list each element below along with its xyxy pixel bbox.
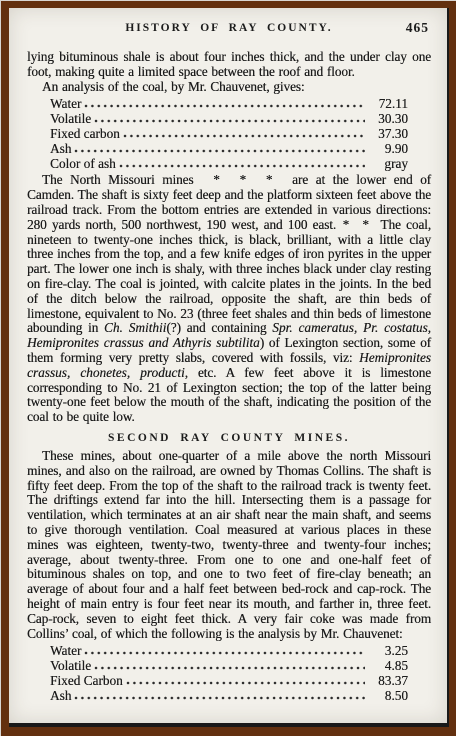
- analysis-label: Water: [50, 96, 81, 111]
- dotted-leader: [94, 658, 365, 673]
- analysis-row: Volatile4.85: [50, 658, 431, 673]
- body-paragraph-continuation: lying bituminous shale is about four inc…: [27, 50, 431, 80]
- scanned-book-page: HISTORY OF RAY COUNTY. 465 lying bitumin…: [9, 8, 449, 727]
- analysis-value: 3.25: [368, 643, 408, 658]
- analysis-row: Fixed carbon37.30: [50, 126, 431, 141]
- body-paragraph-north-missouri-mines: The North Missouri mines * * * are at th…: [27, 173, 431, 425]
- analysis-label: Volatile: [50, 658, 91, 673]
- analysis-label: Water: [50, 643, 81, 658]
- analysis-row: Ash8.50: [50, 688, 431, 703]
- page-number: 465: [406, 20, 429, 36]
- dotted-leader: [126, 673, 365, 688]
- analysis-row: Water3.25: [50, 643, 431, 658]
- analysis-value: 37.30: [368, 126, 408, 141]
- analysis-value: 4.85: [368, 658, 408, 673]
- analysis-value: 8.50: [368, 688, 408, 703]
- analysis-value: 30.30: [368, 111, 408, 126]
- analysis-label: Fixed Carbon: [50, 673, 123, 688]
- body-paragraph-second-ray-county-mines: These mines, about one-quarter of a mile…: [27, 449, 431, 641]
- coke-analysis-list-2: Water3.25Volatile4.85Fixed Carbon83.37As…: [27, 643, 431, 703]
- analysis-row: Ash9.90: [50, 141, 431, 156]
- analysis-row: Water72.11: [50, 96, 431, 111]
- analysis-label: Volatile: [50, 111, 91, 126]
- analysis-value: gray: [368, 156, 408, 171]
- species-name-italic: Ch. Smithii: [104, 320, 166, 335]
- analysis-label: Ash: [50, 688, 71, 703]
- analysis-value: 83.37: [368, 673, 408, 688]
- analysis-label: Ash: [50, 141, 71, 156]
- analysis-value: 72.11: [368, 96, 408, 111]
- dotted-leader: [74, 688, 365, 703]
- analysis-row: Volatile30.30: [50, 111, 431, 126]
- analysis-intro-line: An analysis of the coal, by Mr. Chauvene…: [27, 80, 431, 95]
- analysis-row: Color of ashgray: [50, 156, 431, 171]
- page-title: HISTORY OF RAY COUNTY.: [27, 22, 431, 34]
- text-run: The North Missouri mines * * * are at th…: [27, 172, 431, 335]
- text-run: (?) and containing: [166, 320, 272, 335]
- dotted-leader: [84, 96, 365, 111]
- coal-analysis-list-1: Water72.11Volatile30.30Fixed carbon37.30…: [27, 96, 431, 171]
- dotted-leader: [94, 111, 365, 126]
- dotted-leader: [123, 126, 365, 141]
- section-heading: SECOND RAY COUNTY MINES.: [27, 432, 431, 444]
- dotted-leader: [119, 156, 365, 171]
- analysis-value: 9.90: [368, 141, 408, 156]
- analysis-label: Color of ash: [50, 156, 116, 171]
- analysis-label: Fixed carbon: [50, 126, 120, 141]
- analysis-row: Fixed Carbon83.37: [50, 673, 431, 688]
- screenshot-root: { "header": { "title": "HISTORY OF RAY C…: [0, 0, 456, 736]
- running-header: HISTORY OF RAY COUNTY. 465: [27, 22, 431, 37]
- dotted-leader: [84, 643, 365, 658]
- dotted-leader: [74, 141, 365, 156]
